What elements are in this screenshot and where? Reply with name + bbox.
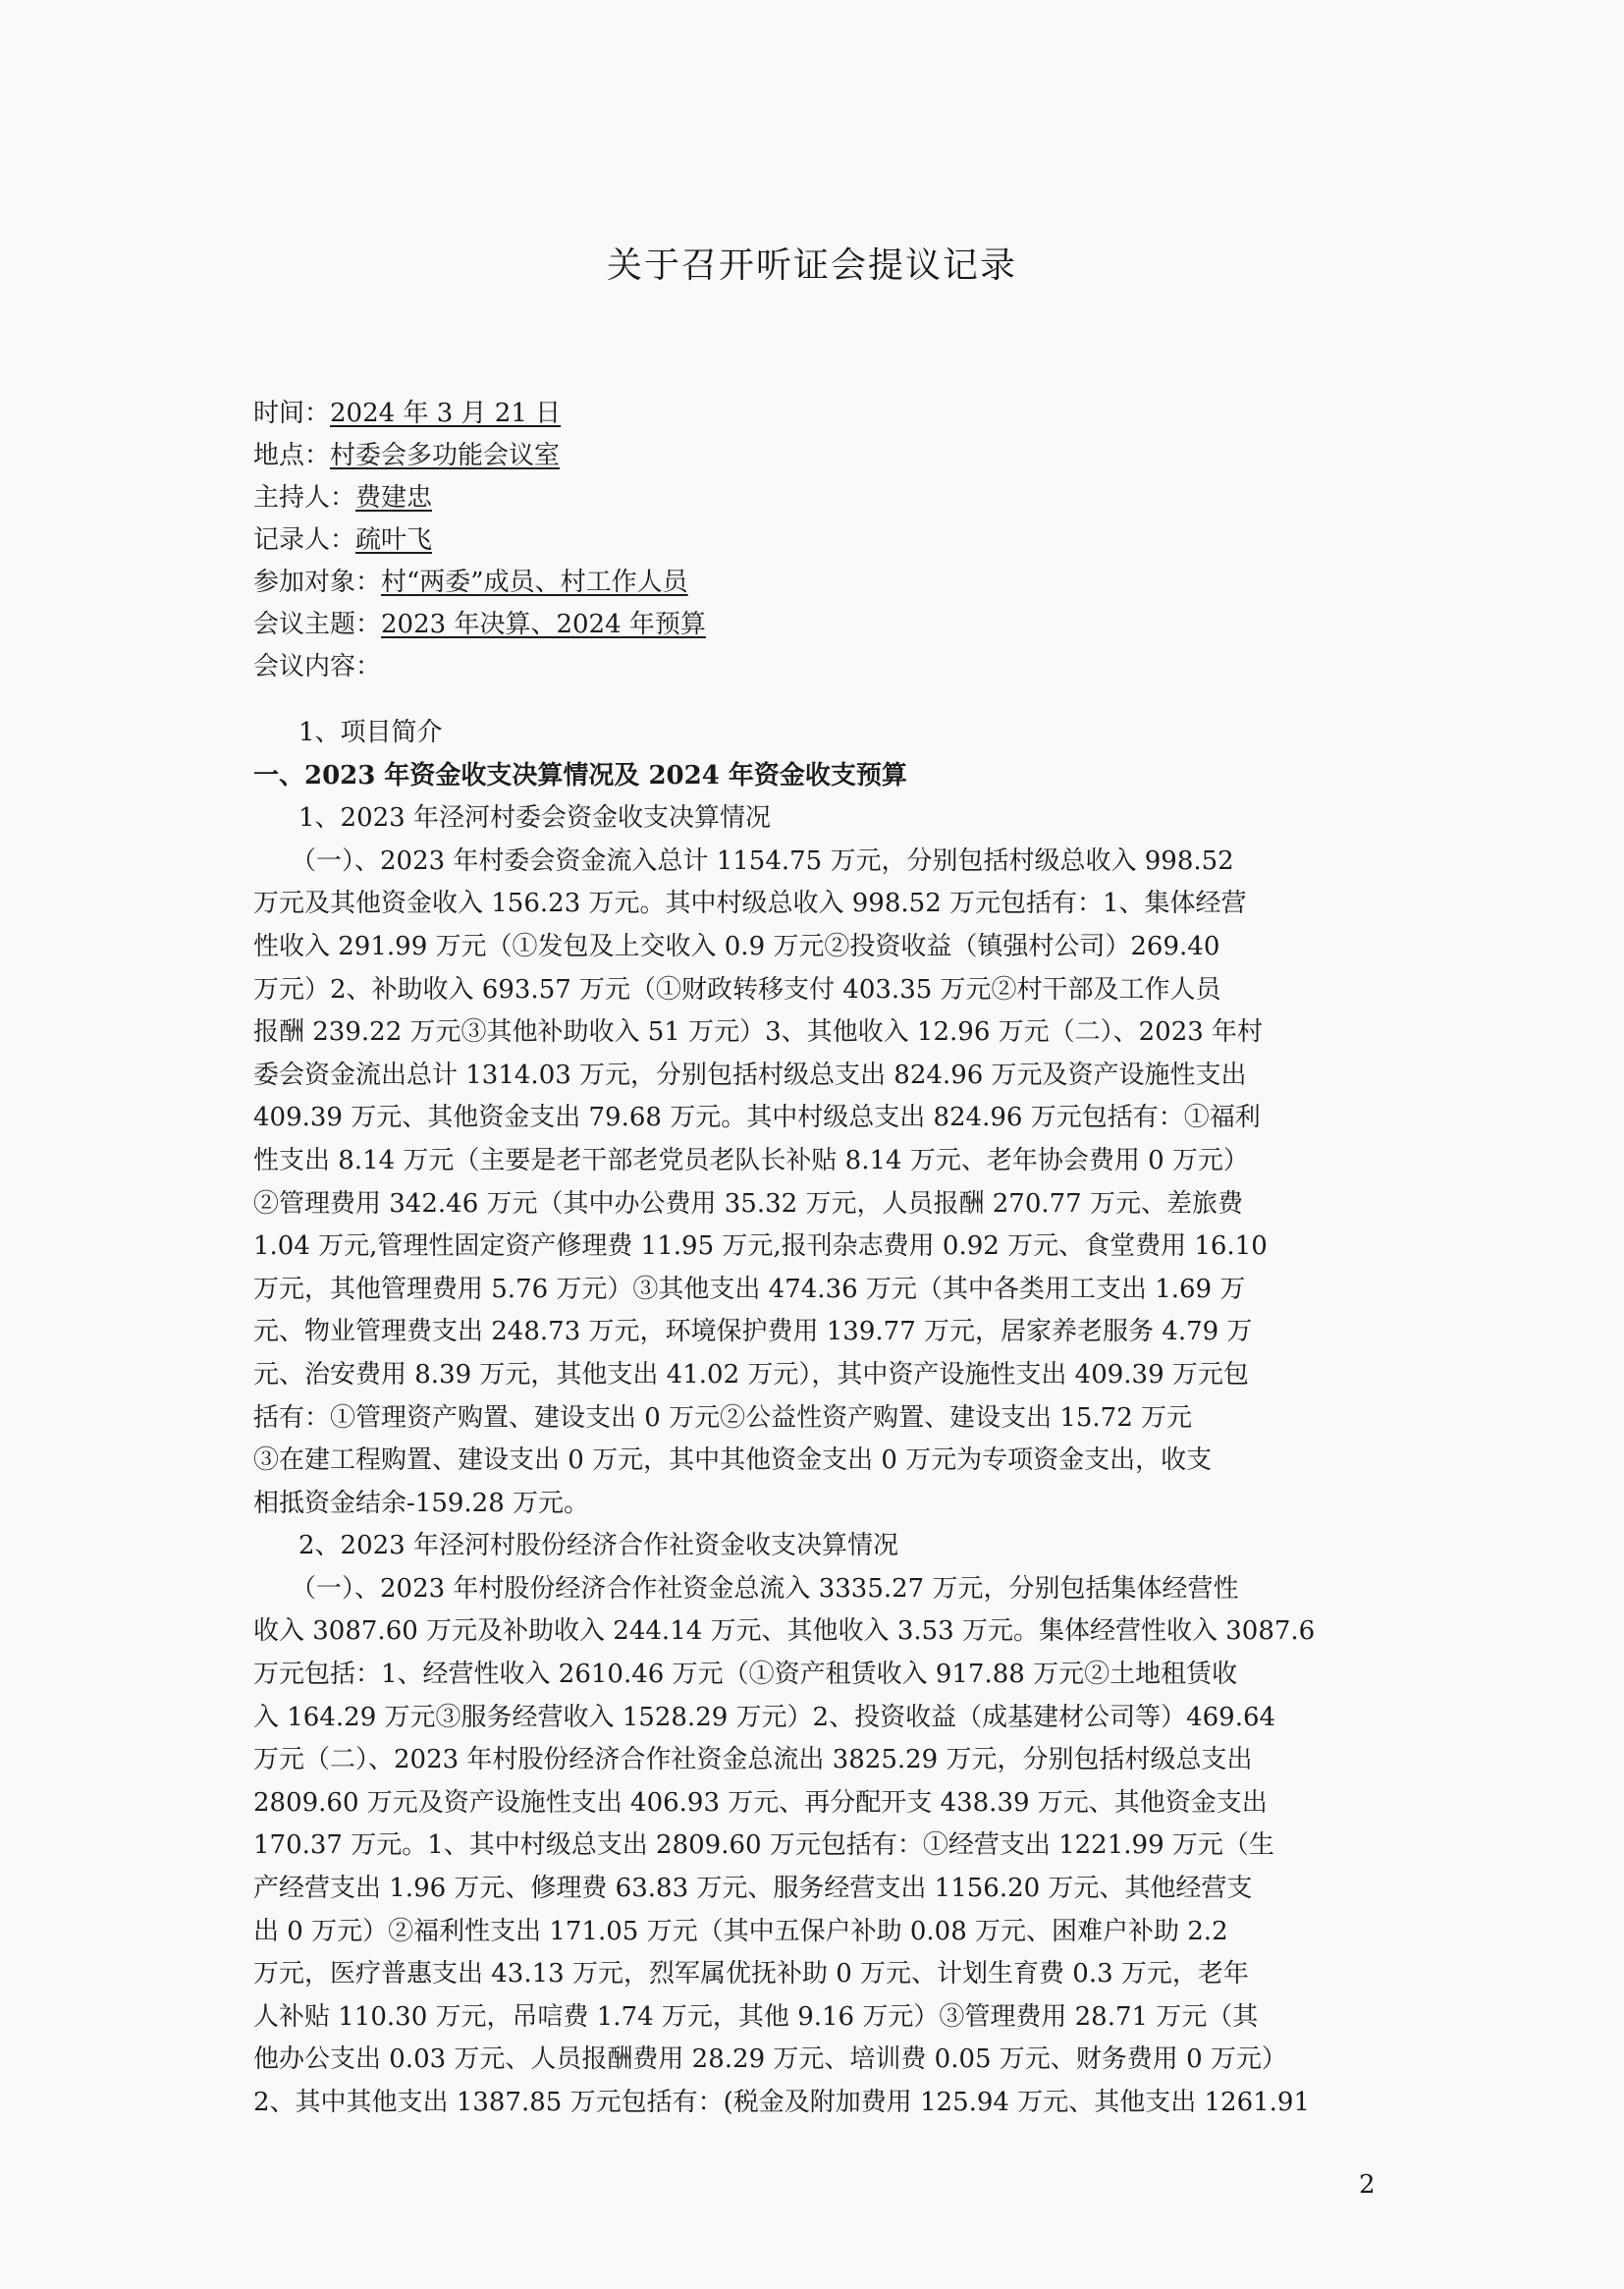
paragraph-line: 报酬 239.22 万元③其他补助收入 51 万元）3、其他收入 12.96 万… bbox=[253, 1011, 1314, 1055]
document-title: 关于召开听证会提议记录 bbox=[0, 238, 1624, 288]
meta-value: 村“两委”成员、村工作人员 bbox=[381, 568, 688, 597]
meta-value: 村委会多功能会议室 bbox=[330, 441, 560, 470]
section-heading: 一、2023 年资金收支决算情况及 2024 年资金收支预算 bbox=[253, 755, 1314, 798]
paragraph-line: 他办公支出 0.03 万元、人员报酬费用 28.29 万元、培训费 0.05 万… bbox=[253, 2039, 1314, 2082]
meeting-content-body: 1、项目简介 一、2023 年资金收支决算情况及 2024 年资金收支预算 1、… bbox=[253, 712, 1314, 2125]
section-intro: 1、项目简介 bbox=[253, 712, 1314, 755]
paragraph-line: （一）、2023 年村股份经济合作社资金总流入 3335.27 万元，分别包括集… bbox=[253, 1568, 1314, 1611]
paragraph-line: 产经营支出 1.96 万元、修理费 63.83 万元、服务经营支出 1156.2… bbox=[253, 1868, 1314, 1911]
meta-value: 2024 年 3 月 21 日 bbox=[330, 399, 561, 428]
paragraph-line: ②管理费用 342.46 万元（其中办公费用 35.32 万元，人员报酬 270… bbox=[253, 1183, 1314, 1226]
paragraph-line: 性收入 291.99 万元（①发包及上交收入 0.9 万元②投资收益（镇强村公司… bbox=[253, 926, 1314, 969]
meta-label: 会议主题： bbox=[253, 610, 381, 639]
meta-time: 时间：2024 年 3 月 21 日 bbox=[253, 393, 706, 435]
paragraph-line: 2、其中其他支出 1387.85 万元包括有：(税金及附加费用 125.94 万… bbox=[253, 2082, 1314, 2125]
paragraph-line: 万元（二）、2023 年村股份经济合作社资金总流出 3825.29 万元，分别包… bbox=[253, 1739, 1314, 1782]
paragraph-line: 括有：①管理资产购置、建设支出 0 万元②公益性资产购置、建设支出 15.72 … bbox=[253, 1397, 1314, 1441]
meta-label: 记录人： bbox=[253, 525, 355, 555]
paragraph-line: 万元包括：1、经营性收入 2610.46 万元（①资产租赁收入 917.88 万… bbox=[253, 1654, 1314, 1697]
paragraph-line: 元、治安费用 8.39 万元，其他支出 41.02 万元），其中资产设施性支出 … bbox=[253, 1354, 1314, 1397]
paragraph-line: 人补贴 110.30 万元，吊唁费 1.74 万元，其他 9.16 万元）③管理… bbox=[253, 1996, 1314, 2040]
page-number: 2 bbox=[1359, 2170, 1376, 2200]
meta-label: 时间： bbox=[253, 399, 330, 428]
paragraph-line: 相抵资金结余-159.28 万元。 bbox=[253, 1483, 1314, 1526]
meta-location: 地点：村委会多功能会议室 bbox=[253, 435, 706, 477]
meta-label: 参加对象： bbox=[253, 568, 381, 597]
paragraph-line: 万元及其他资金收入 156.23 万元。其中村级总收入 998.52 万元包括有… bbox=[253, 883, 1314, 926]
meeting-meta: 时间：2024 年 3 月 21 日 地点：村委会多功能会议室 主持人：费建忠 … bbox=[253, 393, 706, 688]
meta-label: 地点： bbox=[253, 441, 330, 470]
meta-value: 费建忠 bbox=[355, 483, 432, 513]
meta-host: 主持人：费建忠 bbox=[253, 477, 706, 519]
paragraph-line: 170.37 万元。1、其中村级总支出 2809.60 万元包括有：①经营支出 … bbox=[253, 1825, 1314, 1868]
paragraph-line: 委会资金流出总计 1314.03 万元，分别包括村级总支出 824.96 万元及… bbox=[253, 1055, 1314, 1098]
paragraph-line: 万元，其他管理费用 5.76 万元）③其他支出 474.36 万元（其中各类用工… bbox=[253, 1269, 1314, 1312]
meta-label: 主持人： bbox=[253, 483, 355, 513]
paragraph-line: 万元）2、补助收入 693.57 万元（①财政转移支付 403.35 万元②村干… bbox=[253, 969, 1314, 1012]
paragraph-line: 1.04 万元,管理性固定资产修理费 11.95 万元,报刊杂志费用 0.92 … bbox=[253, 1226, 1314, 1269]
meta-content: 会议内容： bbox=[253, 646, 706, 688]
paragraph-line: 万元，医疗普惠支出 43.13 万元，烈军属优抚补助 0 万元、计划生育费 0.… bbox=[253, 1953, 1314, 1996]
meta-topic: 会议主题：2023 年决算、2024 年预算 bbox=[253, 604, 706, 646]
paragraph-line: 元、物业管理费支出 248.73 万元，环境保护费用 139.77 万元，居家养… bbox=[253, 1311, 1314, 1354]
meta-attendees: 参加对象：村“两委”成员、村工作人员 bbox=[253, 562, 706, 604]
meta-recorder: 记录人：疏叶飞 bbox=[253, 519, 706, 562]
paragraph-line: 409.39 万元、其他资金支出 79.68 万元。其中村级总支出 824.96… bbox=[253, 1097, 1314, 1140]
subsection-heading: 2、2023 年泾河村股份经济合作社资金收支决算情况 bbox=[253, 1525, 1314, 1568]
meta-value: 疏叶飞 bbox=[355, 525, 432, 555]
paragraph-line: （一）、2023 年村委会资金流入总计 1154.75 万元，分别包括村级总收入… bbox=[253, 841, 1314, 884]
meta-label: 会议内容： bbox=[253, 652, 381, 681]
paragraph-line: 入 164.29 万元③服务经营收入 1528.29 万元）2、投资收益（成基建… bbox=[253, 1697, 1314, 1740]
paragraph-line: 收入 3087.60 万元及补助收入 244.14 万元、其他收入 3.53 万… bbox=[253, 1610, 1314, 1654]
meta-value: 2023 年决算、2024 年预算 bbox=[381, 610, 706, 639]
document-page: 关于召开听证会提议记录 时间：2024 年 3 月 21 日 地点：村委会多功能… bbox=[0, 0, 1624, 2289]
subsection-heading: 1、2023 年泾河村委会资金收支决算情况 bbox=[253, 797, 1314, 841]
paragraph-line: 出 0 万元）②福利性支出 171.05 万元（其中五保户补助 0.08 万元、… bbox=[253, 1911, 1314, 1954]
paragraph-line: ③在建工程购置、建设支出 0 万元，其中其他资金支出 0 万元为专项资金支出，收… bbox=[253, 1440, 1314, 1483]
paragraph-line: 性支出 8.14 万元（主要是老干部老党员老队长补贴 8.14 万元、老年协会费… bbox=[253, 1140, 1314, 1183]
paragraph-line: 2809.60 万元及资产设施性支出 406.93 万元、再分配开支 438.3… bbox=[253, 1782, 1314, 1826]
